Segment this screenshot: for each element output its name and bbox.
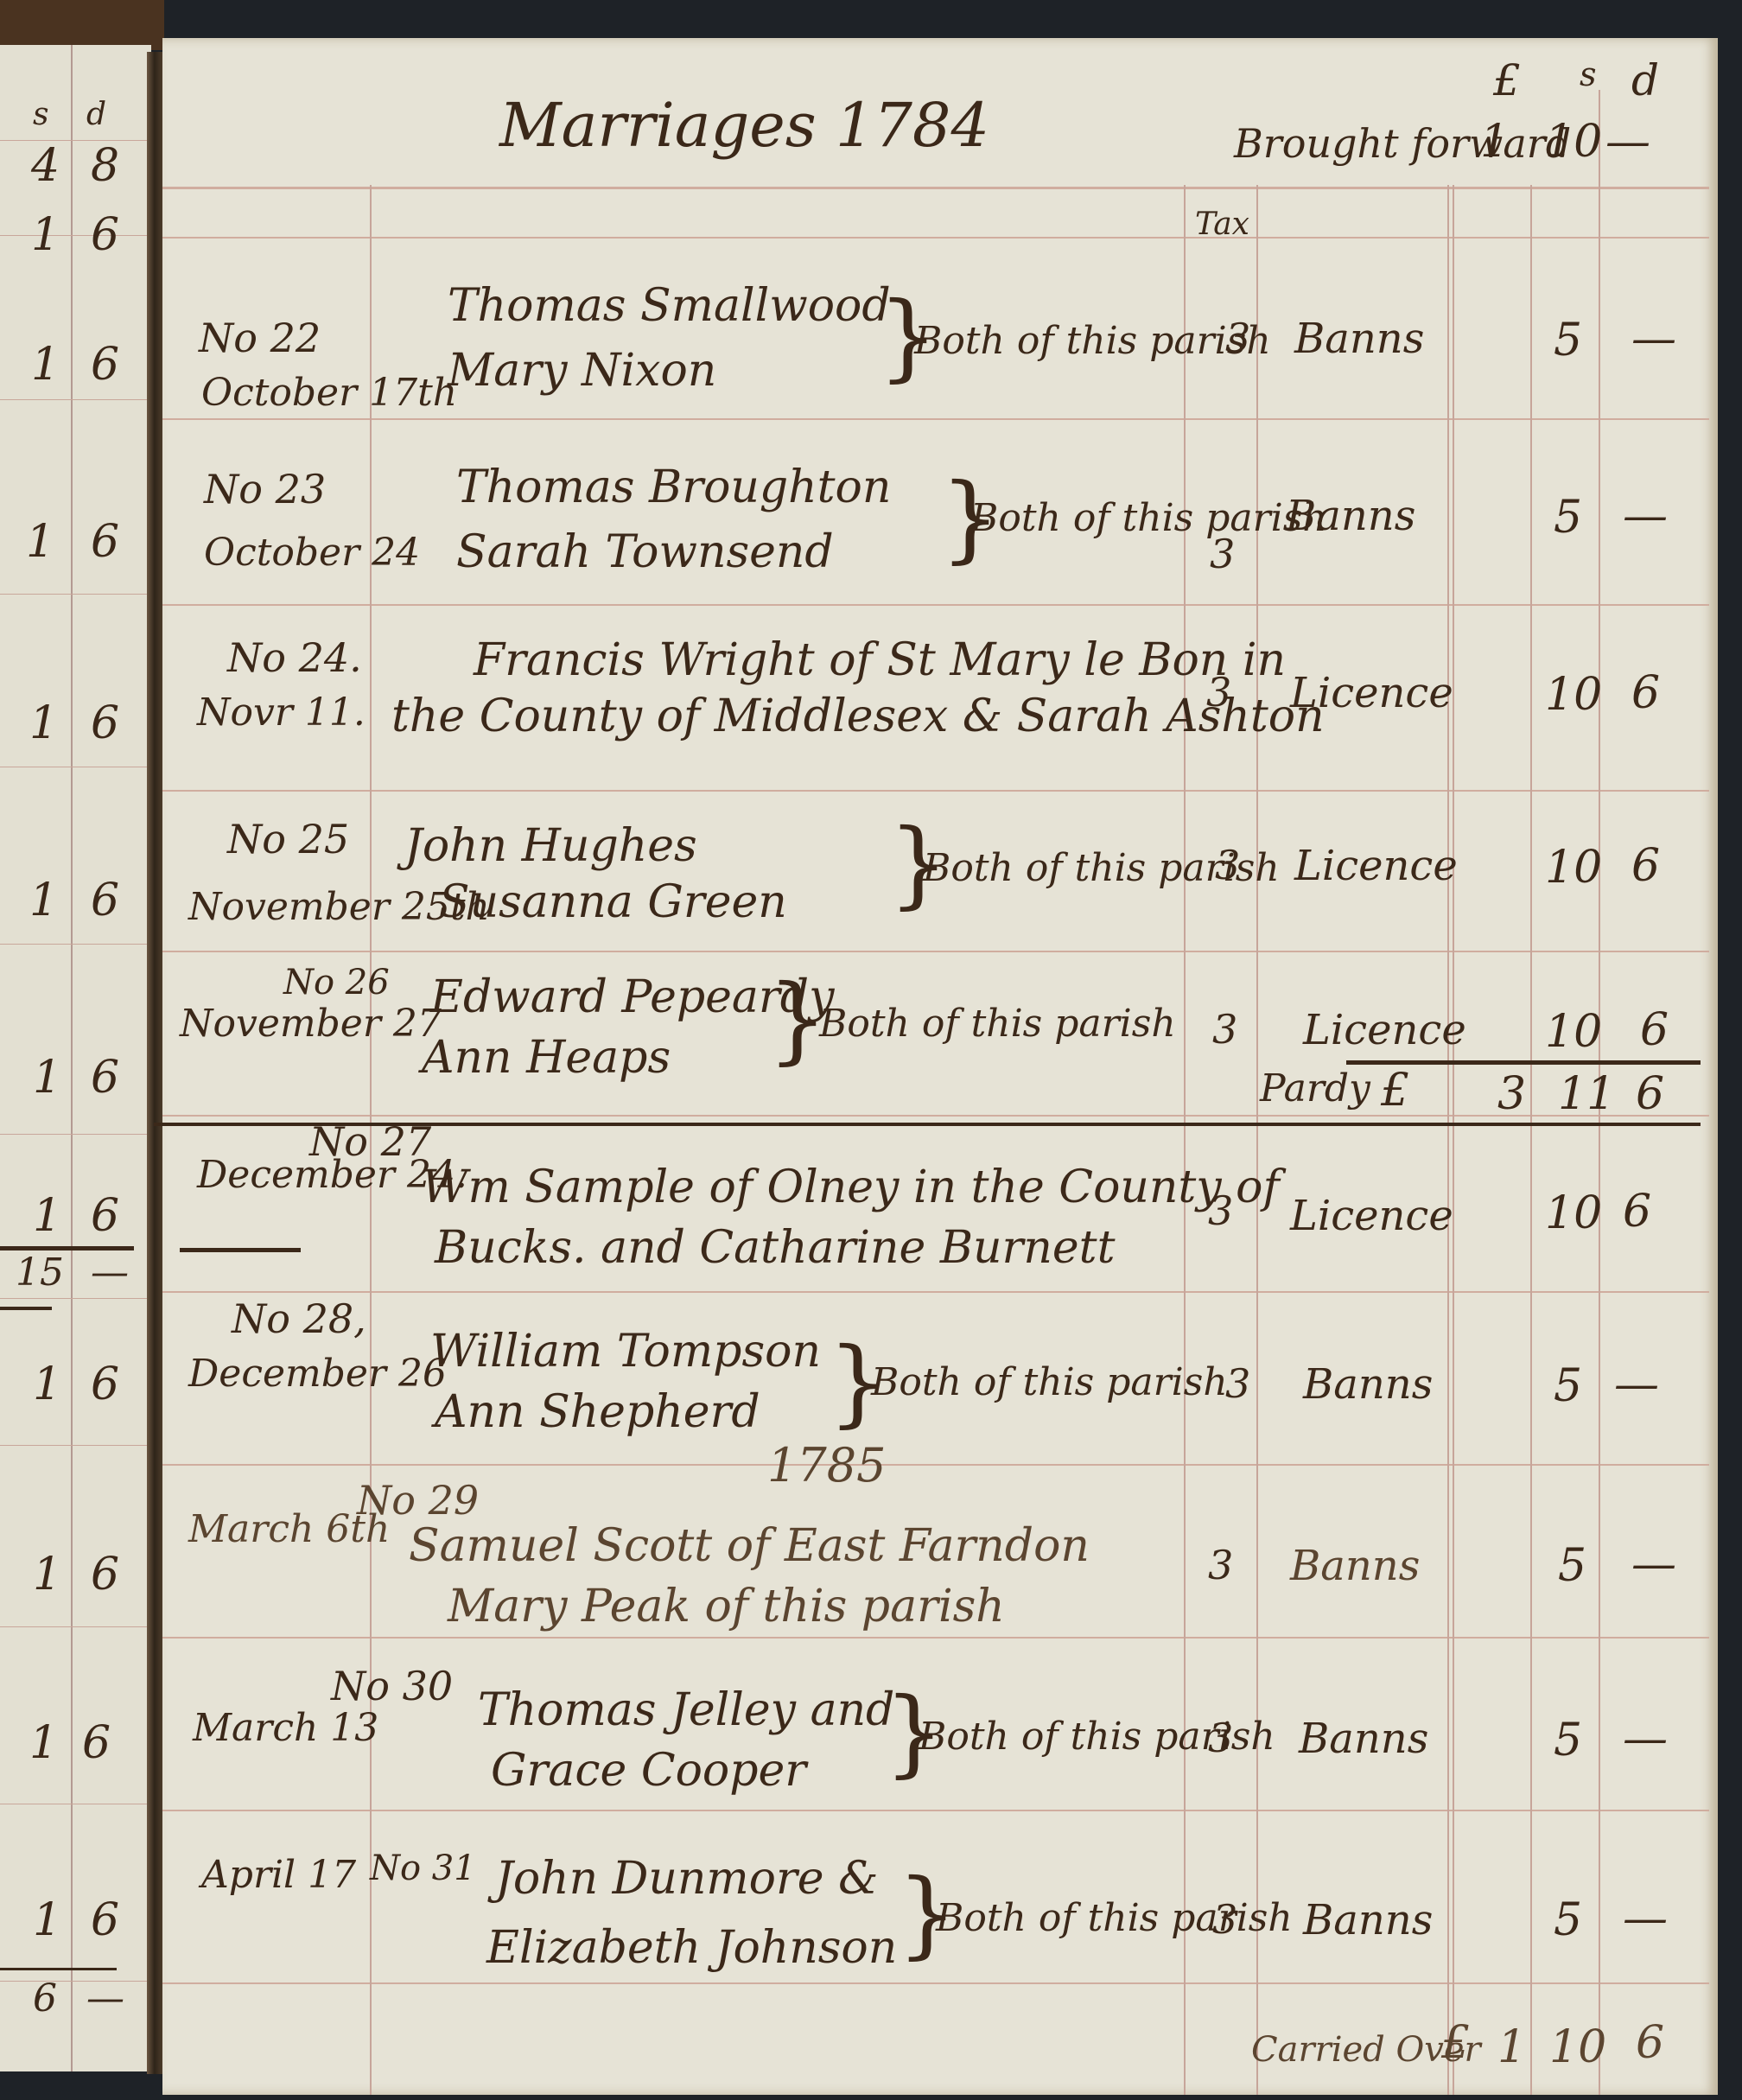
bride-name: Mary Nixon: [448, 345, 716, 397]
row-rule: [0, 594, 151, 595]
entry-date: October 17th: [201, 371, 457, 415]
row-rule: [0, 1445, 151, 1446]
left-amount-d: 6: [91, 1052, 119, 1104]
left-header-d: d: [86, 97, 106, 132]
header-shillings: s: [1580, 55, 1597, 93]
entry-number: No 24.: [227, 634, 362, 681]
row-rule: [0, 1981, 151, 1982]
row-rule: [162, 790, 1709, 792]
bride-name: Ann Heaps: [422, 1032, 671, 1084]
left-page-fragment: s d 4 8 1 6 1 6 1 6 1 6 1 6 1 6 1 6 15 —…: [0, 45, 151, 2071]
left-amount-d: 6: [91, 1894, 119, 1946]
carried-over-currency: £: [1441, 2017, 1470, 2069]
header-rule: [162, 187, 1709, 189]
groom-name: Thomas Broughton: [456, 461, 891, 513]
row-rule: [162, 1810, 1709, 1811]
marriage-type: Licence: [1294, 842, 1458, 890]
left-amount-d: 6: [91, 516, 119, 568]
residence-note: Both of this parish: [936, 1896, 1293, 1940]
carried-over-shillings: 10: [1549, 2021, 1606, 2073]
row-rule: [0, 235, 151, 236]
marriage-type: Banns: [1294, 315, 1424, 363]
fee-shillings: 5: [1554, 1715, 1582, 1766]
header-pence: d: [1631, 55, 1659, 105]
groom-name: Thomas Jelley and: [478, 1684, 894, 1736]
left-amount-s: 4: [31, 140, 60, 192]
marriage-type: Banns: [1286, 492, 1415, 540]
row-rule: [162, 951, 1709, 952]
row-rule: [162, 1637, 1709, 1639]
bride-name: Bucks. and Catharine Burnett: [435, 1222, 1115, 1274]
tax-column-header: Tax: [1195, 207, 1249, 242]
tax-amount: 3: [1215, 842, 1240, 888]
bride-name: Ann Shepherd: [435, 1386, 760, 1438]
groom-name: John Dunmore &: [495, 1853, 878, 1905]
brought-forward-pence: —: [1605, 116, 1650, 168]
sum-rule: [0, 1968, 117, 1970]
tax-amount: 3: [1206, 669, 1231, 716]
fee-pence: —: [1631, 313, 1676, 365]
fee-pence: —: [1623, 1893, 1668, 1944]
fee-shillings: 10: [1545, 1187, 1602, 1239]
left-amount-d: 6: [91, 1549, 119, 1600]
subtotal-label: Pardy: [1260, 1066, 1370, 1110]
entry-number: No 25: [227, 816, 349, 862]
left-amount-s: 1: [29, 875, 58, 926]
row-rule: [0, 1134, 151, 1135]
column-rule-shillings: [1530, 185, 1532, 2095]
row-rule: [162, 1115, 1709, 1117]
subtotal-pounds: 3: [1497, 1068, 1526, 1120]
register-page: Marriages 1784 £ s d Brought forward 1 1…: [162, 38, 1718, 2095]
fee-pence: —: [1623, 1713, 1668, 1765]
carried-over-pence: 6: [1636, 2017, 1664, 2069]
left-amount-s: 1: [33, 1052, 61, 1104]
left-amount-s: 1: [33, 1359, 61, 1410]
sum-rule: [0, 1307, 52, 1310]
fee-shillings: 10: [1545, 669, 1602, 721]
tax-amount: 3: [1225, 315, 1250, 361]
fee-pence: 6: [1640, 1004, 1669, 1056]
row-rule: [0, 1804, 151, 1804]
left-header-s: s: [33, 97, 48, 132]
fee-shillings: 5: [1554, 1894, 1582, 1946]
fee-shillings: 10: [1545, 1006, 1602, 1058]
fee-shillings: 5: [1554, 492, 1582, 544]
tax-amount: 3: [1210, 531, 1235, 577]
left-amount-d: 6: [91, 697, 119, 749]
marriage-type: Licence: [1290, 669, 1453, 717]
column-rule: [71, 45, 73, 2071]
entry-date: October 24: [204, 531, 420, 575]
fee-pence: —: [1631, 1538, 1676, 1590]
row-rule: [0, 140, 151, 141]
entry-number: No 30: [331, 1663, 453, 1709]
entry-date: December 26: [188, 1352, 447, 1396]
left-amount-s: 1: [33, 1190, 61, 1242]
left-amount-d: 6: [91, 209, 119, 261]
row-rule: [0, 1626, 151, 1627]
column-rule-kind: [1256, 185, 1258, 2095]
row-rule: [162, 1464, 1709, 1466]
header-pounds: £: [1493, 55, 1521, 105]
marriage-type: Banns: [1303, 1360, 1433, 1409]
subtotal-pence: 6: [1636, 1068, 1664, 1120]
year-divider: 1785: [767, 1438, 886, 1492]
left-subtotal-d: —: [91, 1250, 129, 1295]
tax-amount: 3: [1225, 1360, 1250, 1407]
residence-note: Both of this parish: [871, 1360, 1228, 1404]
left-total-s: 6: [33, 1976, 57, 2020]
row-rule: [0, 1298, 151, 1299]
entry-date: Novr 11.: [197, 690, 366, 735]
bride-name: the County of Middlesex & Sarah Ashton: [391, 690, 1325, 742]
left-amount-d: 6: [91, 339, 119, 391]
left-amount-s: 1: [33, 1549, 61, 1600]
left-subtotal-s: 15: [16, 1250, 64, 1295]
marriage-type: Banns: [1299, 1715, 1428, 1763]
groom-name: Francis Wright of St Mary le Bon in: [474, 634, 1286, 686]
row-rule: [0, 944, 151, 945]
groom-name: Thomas Smallwood: [448, 280, 891, 332]
bride-name: Mary Peak of this parish: [448, 1581, 1005, 1632]
left-amount-d: 6: [91, 1359, 119, 1410]
marriage-type: Licence: [1290, 1192, 1453, 1240]
column-rule-pounds: [1447, 185, 1449, 2095]
left-amount-d: 6: [91, 1190, 119, 1242]
residence-note: Both of this parish: [970, 496, 1327, 540]
subtotal-currency: £: [1381, 1065, 1409, 1117]
fee-pence: 6: [1623, 1186, 1651, 1238]
tax-amount: 3: [1212, 1896, 1237, 1943]
left-amount-s: 1: [26, 516, 54, 568]
marriage-type: Banns: [1303, 1896, 1433, 1944]
row-rule: [162, 1291, 1709, 1293]
entry-date: March 6th: [188, 1507, 390, 1551]
fee-pence: —: [1614, 1359, 1659, 1410]
entry-number: No 22: [199, 315, 321, 361]
fee-pence: 6: [1631, 667, 1660, 719]
marriage-type: Licence: [1303, 1006, 1466, 1054]
left-amount-s: 1: [29, 697, 58, 749]
left-amount-s: 1: [31, 209, 60, 261]
entry-date: November 27: [180, 1002, 442, 1046]
fee-shillings: 5: [1554, 1360, 1582, 1412]
left-amount-d: 8: [91, 140, 119, 192]
book-cover-edge: [0, 0, 164, 50]
marriage-type: Banns: [1290, 1542, 1420, 1590]
residence-note: Both of this parish: [819, 1002, 1176, 1046]
fee-shillings: 5: [1554, 315, 1582, 366]
left-amount-s: 1: [31, 339, 60, 391]
residence-note: Both of this parish: [914, 319, 1271, 363]
row-rule: [162, 1982, 1709, 1984]
date-underline: [180, 1248, 301, 1252]
row-rule: [0, 767, 151, 767]
groom-name: John Hughes: [404, 820, 697, 872]
bride-name: Grace Cooper: [491, 1745, 806, 1797]
entry-number: No 26: [283, 963, 390, 1002]
left-amount-d: 6: [82, 1717, 111, 1769]
column-rule-tax: [1184, 185, 1186, 2095]
subtotal-shillings: 11: [1558, 1068, 1615, 1120]
entry-date: April 17: [201, 1853, 356, 1897]
left-total-d: —: [86, 1976, 124, 2020]
tax-amount: 3: [1212, 1006, 1237, 1053]
carried-over-pounds: 1: [1497, 2021, 1526, 2073]
entry-number: No 31: [370, 1849, 476, 1888]
groom-name: Wm Sample of Olney in the County of: [422, 1161, 1280, 1213]
left-amount-d: 6: [91, 875, 119, 926]
bride-name: Susanna Green: [439, 876, 787, 928]
column-rule-pounds-double: [1453, 185, 1454, 2095]
left-amount-s: 1: [33, 1894, 61, 1946]
row-rule: [162, 237, 1709, 239]
row-rule: [0, 399, 151, 400]
fee-shillings: 10: [1545, 842, 1602, 894]
fee-shillings: 5: [1558, 1540, 1586, 1592]
row-rule: [162, 418, 1709, 420]
groom-name: Samuel Scott of East Farndon: [409, 1520, 1090, 1572]
brought-forward-shillings: 10: [1545, 116, 1602, 168]
entry-date: March 13: [193, 1706, 378, 1750]
entry-number: No 23: [204, 466, 326, 512]
brought-forward-pounds: 1: [1480, 116, 1509, 168]
tax-amount: 3: [1208, 1715, 1233, 1761]
fee-pence: 6: [1631, 840, 1660, 892]
fee-pence: —: [1623, 490, 1668, 542]
tax-amount: 3: [1208, 1542, 1233, 1588]
entry-number: No 28,: [232, 1295, 366, 1342]
left-amount-s: 1: [29, 1717, 58, 1769]
bride-name: Sarah Townsend: [456, 526, 834, 578]
row-rule: [162, 604, 1709, 606]
brought-forward-label: Brought forward: [1234, 120, 1571, 167]
page-title: Marriages 1784: [499, 90, 989, 161]
groom-name: William Tompson: [430, 1326, 821, 1378]
bride-name: Elizabeth Johnson: [486, 1922, 897, 1974]
tax-amount: 3: [1208, 1187, 1233, 1234]
